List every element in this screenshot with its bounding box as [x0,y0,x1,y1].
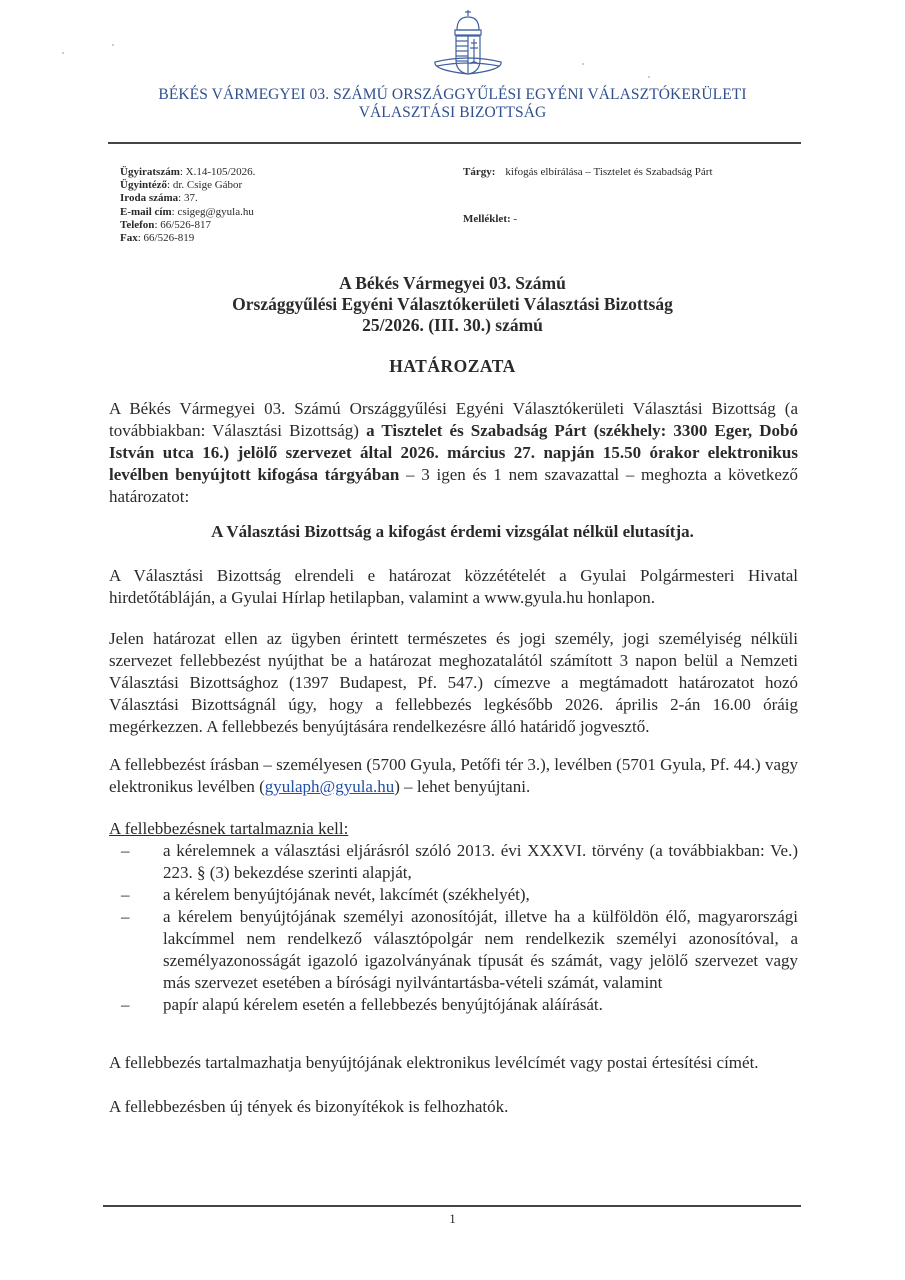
decision-heading-line1: A Békés Vármegyei 03. Számú [100,273,805,294]
appeal-paragraph: Jelen határozat ellen az ügyben érintett… [109,628,798,738]
decision-heading: A Békés Vármegyei 03. Számú Országgyűlés… [100,273,805,336]
list-item: –a kérelem benyújtójának nevét, lakcímét… [109,884,798,906]
decision-number: 25/2026. (III. 30.) számú [100,315,805,336]
meta-office-number: Iroda száma: 37. [120,192,255,205]
scan-speck [648,76,650,78]
requirements-title: A fellebbezésnek tartalmaznia kell: [109,818,348,840]
submission-paragraph: A fellebbezést írásban – személyesen (57… [109,754,798,798]
publication-paragraph: A Választási Bizottság elrendeli e határ… [109,565,798,609]
decision-title: HATÁROZATA [100,356,805,377]
meta-fax: Fax: 66/526-819 [120,232,255,245]
decision-heading-line2: Országgyűlési Egyéni Választókerületi Vá… [100,294,805,315]
committee-name-line2: VÁLASZTÁSI BIZOTTSÁG [100,104,805,122]
page-number: 1 [100,1211,805,1227]
verdict: A Választási Bizottság a kifogást érdemi… [100,522,805,542]
list-item: –a kérelemnek a választási eljárásról sz… [109,840,798,884]
list-item: –papír alapú kérelem esetén a fellebbezé… [109,994,798,1016]
case-metadata: Ügyiratszám: X.14-105/2026. Ügyintéző: d… [120,166,255,245]
email-link[interactable]: gyulaph@gyula.hu [265,777,394,796]
new-evidence-paragraph: A fellebbezésben új tények és bizonyíték… [109,1096,798,1118]
meta-case-number: Ügyiratszám: X.14-105/2026. [120,166,255,179]
meta-subject: Tárgy:kifogás elbírálása – Tisztelet és … [463,166,713,179]
scan-speck [112,44,114,46]
meta-attachment: Melléklet: - [463,213,713,226]
document-page: BÉKÉS VÁRMEGYEI 03. SZÁMÚ ORSZÁGGYŰLÉSI … [0,0,905,1280]
subject-metadata: Tárgy:kifogás elbírálása – Tisztelet és … [463,166,713,226]
optional-contents-paragraph: A fellebbezés tartalmazhatja benyújtóján… [109,1052,798,1074]
scan-speck [582,63,584,65]
list-item: –a kérelem benyújtójának személyi azonos… [109,906,798,994]
meta-phone: Telefon: 66/526-817 [120,219,255,232]
meta-officer: Ügyintéző: dr. Csige Gábor [120,179,255,192]
meta-email: E-mail cím: csigeg@gyula.hu [120,206,255,219]
requirements-list: –a kérelemnek a választási eljárásról sz… [109,840,798,1016]
committee-name-line1: BÉKÉS VÁRMEGYEI 03. SZÁMÚ ORSZÁGGYŰLÉSI … [100,86,805,104]
footer-divider [103,1205,801,1207]
intro-paragraph: A Békés Vármegyei 03. Számú Országgyűlés… [109,398,798,508]
committee-header: BÉKÉS VÁRMEGYEI 03. SZÁMÚ ORSZÁGGYŰLÉSI … [100,86,805,122]
scan-speck [62,52,64,54]
header-divider [108,142,801,144]
hungarian-coat-of-arms-icon [427,8,509,80]
